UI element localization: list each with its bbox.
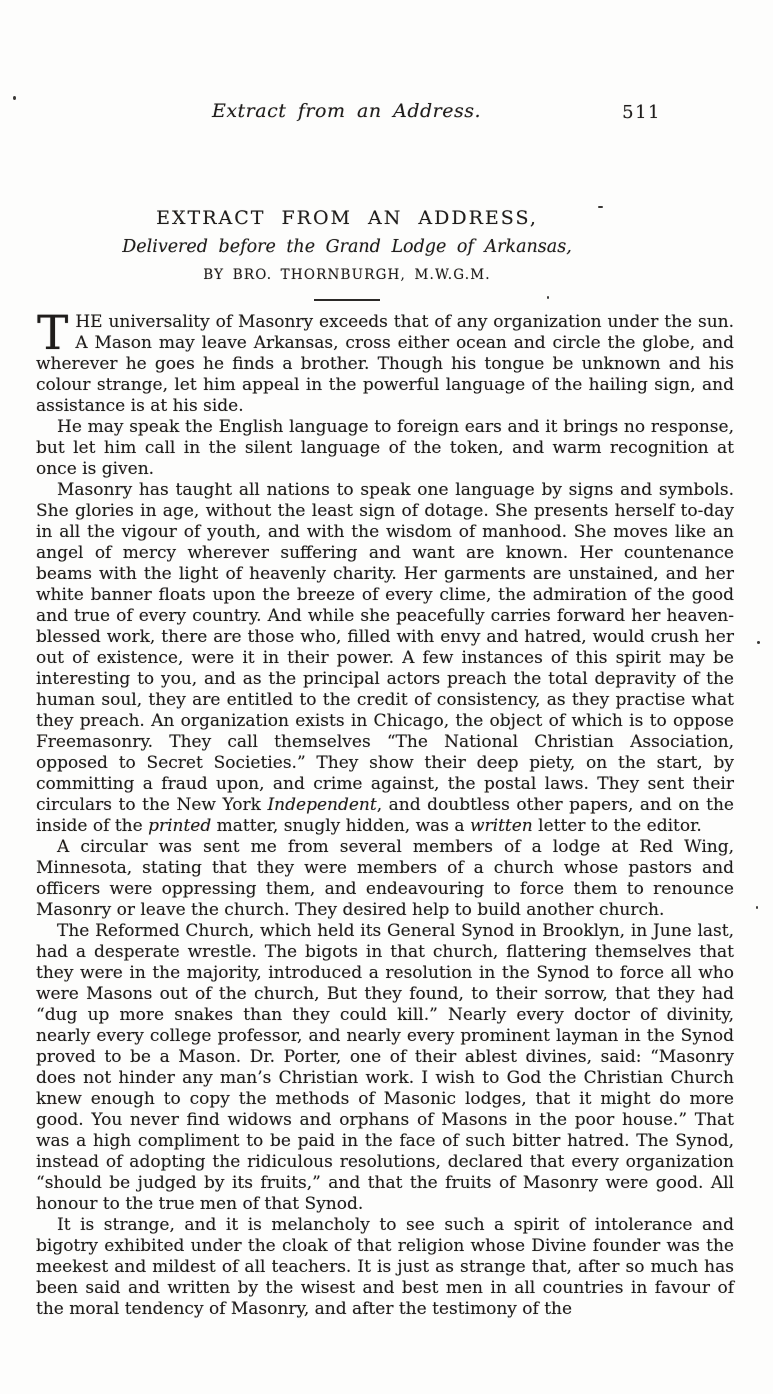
scan-speck: [756, 906, 758, 909]
body-text: matter, snugly hidden, was a: [211, 816, 470, 836]
divider-rule: [314, 299, 380, 301]
article-body: THE universality of Masonry exceeds that…: [36, 312, 734, 1320]
paragraph: The Reformed Church, which held its Gene…: [36, 921, 734, 1215]
paragraph: It is strange, and it is melancholy to s…: [36, 1215, 734, 1320]
body-text: Masonry has taught all nations to speak …: [36, 480, 734, 815]
scan-speck: [13, 96, 16, 100]
emphasized-text: written: [470, 816, 533, 836]
body-text: It is strange, and it is melancholy to s…: [36, 1215, 734, 1319]
emphasized-text: printed: [148, 816, 211, 836]
paragraph: THE universality of Masonry exceeds that…: [36, 312, 734, 417]
running-head: Extract from an Address. 511: [0, 100, 773, 132]
body-text: A circular was sent me from several memb…: [36, 837, 734, 920]
body-text: He may speak the English language to for…: [36, 417, 734, 479]
dropcap: T: [36, 312, 75, 354]
body-text: The Reformed Church, which held its Gene…: [36, 921, 734, 1214]
article-heading: EXTRACT FROM AN ADDRESS, Delivered befor…: [36, 206, 734, 301]
article-subtitle: Delivered before the Grand Lodge of Arka…: [36, 235, 658, 259]
scan-speck: [547, 296, 549, 299]
page-number: 511: [622, 102, 661, 123]
scan-speck: [598, 206, 603, 208]
body-text: letter to the editor.: [533, 816, 702, 836]
article-byline: BY BRO. THORNBURGH, M.W.G.M.: [36, 266, 658, 284]
scanned-book-page: Extract from an Address. 511 EXTRACT FRO…: [0, 0, 773, 1394]
article-heading-inner: EXTRACT FROM AN ADDRESS, Delivered befor…: [36, 206, 658, 301]
emphasized-text: Independent: [267, 795, 376, 815]
body-text: HE universality of Masonry exceeds that …: [36, 312, 734, 416]
paragraph: A circular was sent me from several memb…: [36, 837, 734, 921]
article-title: EXTRACT FROM AN ADDRESS,: [36, 206, 658, 230]
scan-speck: [757, 641, 760, 644]
paragraph: Masonry has taught all nations to speak …: [36, 480, 734, 837]
paragraph: He may speak the English language to for…: [36, 417, 734, 480]
scan-speck: [470, 1057, 472, 1059]
